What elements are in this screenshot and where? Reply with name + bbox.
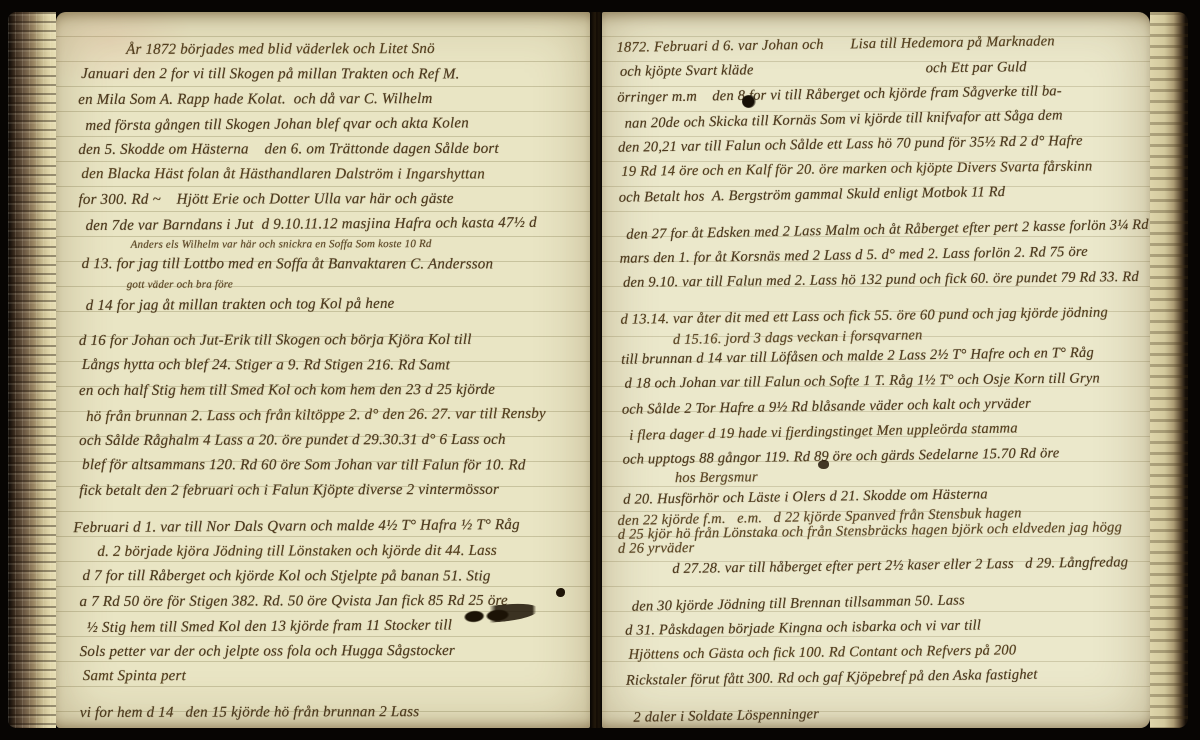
diary-line: 2 daler i Soldate Löspenninger [633, 696, 1150, 728]
spine-page-edges [8, 12, 56, 728]
diary-left-page: År 1872 börjades med blid väderlek och L… [56, 12, 590, 728]
diary-photo: År 1872 börjades med blid väderlek och L… [0, 0, 1200, 740]
right-page-edges [1150, 12, 1188, 728]
diary-line: hö från brunnan 2. Lass och från kiltöpp… [86, 402, 583, 430]
diary-line: ½ Stig hem till Smed Kol den 13 kjörde f… [87, 613, 584, 641]
diary-line: d 16 for Johan och Jut-Erik till Skogen … [79, 328, 583, 354]
diary-line: d 13. for jag till Lottbo med en Soffa å… [82, 252, 583, 277]
diary-line: d 7 for till Råberget och kjörde Kol och… [82, 564, 583, 589]
diary-line: den 5. Skodde om Hästerna den 6. om Trät… [78, 137, 582, 163]
left-page-text: År 1872 börjades med blid väderlek och L… [56, 12, 590, 726]
diary-line: Anders els Wilhelm var här och snickra e… [131, 237, 583, 253]
diary-line: Långs hytta och blef 24. Stiger a 9. Rd … [82, 353, 583, 378]
diary-line: den 7de var Barndans i Jut d 9.10.11.12 … [85, 211, 582, 239]
open-book: År 1872 börjades med blid väderlek och L… [8, 12, 1188, 728]
diary-line: d 14 for jag åt millan trakten och tog K… [86, 291, 583, 319]
diary-line: vi for hem d 14 den 15 kjörde hö från br… [80, 700, 584, 726]
right-page-text: 1872. Februari d 6. var Johan och Lisa t… [602, 12, 1150, 728]
diary-line: for 300. Rd ~ Hjött Erie och Dotter Ulla… [78, 187, 582, 213]
diary-line: den Blacka Häst folan åt Hästhandlaren D… [81, 162, 582, 187]
diary-line: d. 2 började kjöra Jödning till Lönstake… [97, 539, 583, 565]
diary-line: fick betalt den 2 februari och i Falun K… [79, 478, 583, 504]
diary-right-page: 1872. Februari d 6. var Johan och Lisa t… [602, 12, 1150, 728]
diary-line: en och half Stig hem till Smed Kol och k… [79, 378, 583, 404]
page-gutter [590, 12, 602, 728]
diary-line: Sols petter var der och jelpte oss fola … [80, 639, 584, 665]
diary-line: och Sålde Råghalm 4 Lass a 20. öre punde… [79, 428, 583, 454]
diary-line: en Mila Som A. Rapp hade Kolat. och då v… [78, 87, 582, 113]
diary-line: blef för altsammans 120. Rd 60 öre Som J… [82, 453, 583, 478]
diary-line: År 1872 börjades med blid väderlek och L… [126, 37, 582, 63]
diary-line: Samt Spinta pert [83, 664, 584, 689]
diary-line: Januari den 2 for vi till Skogen på mill… [81, 62, 582, 87]
diary-line: den 9.10. var till Falun med 2. Lass hö … [623, 265, 1144, 296]
diary-line: med första gången till Skogen Johan blef… [85, 111, 582, 139]
diary-line: a 7 Rd 50 öre för Stigen 382. Rd. 50 öre… [80, 589, 584, 615]
diary-line: Februari d 1. var till Nor Dals Qvarn oc… [73, 513, 583, 542]
